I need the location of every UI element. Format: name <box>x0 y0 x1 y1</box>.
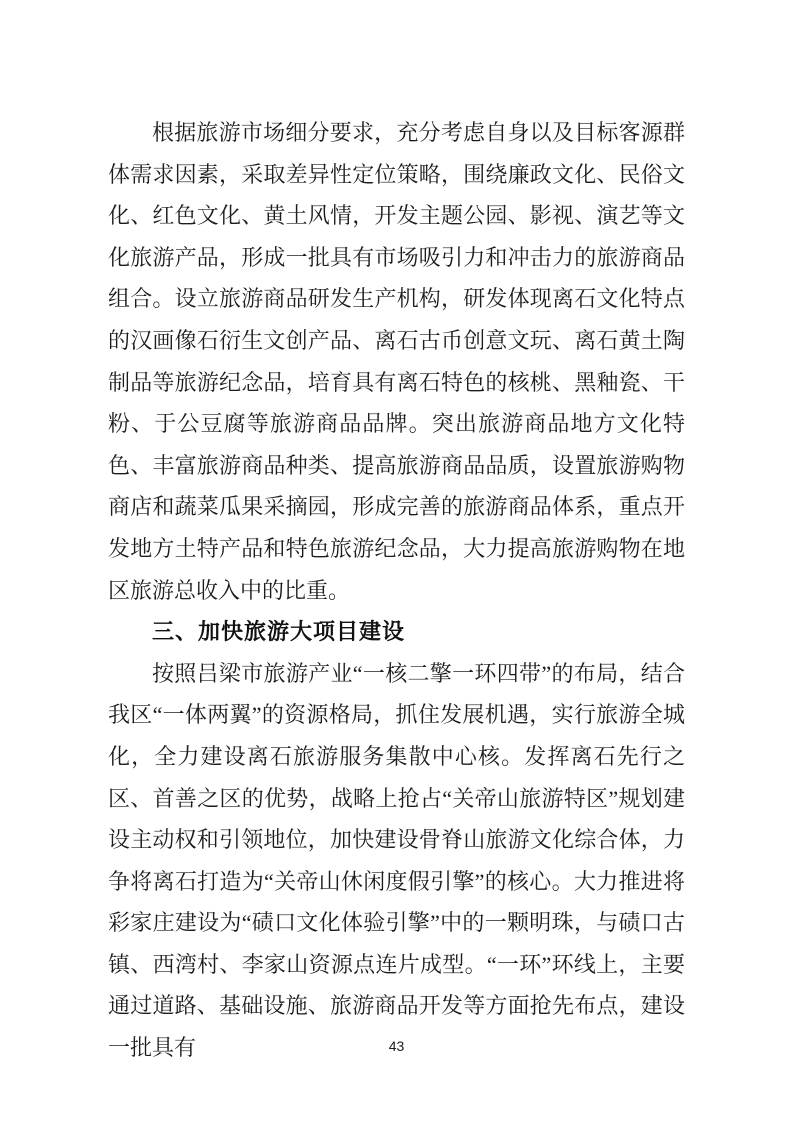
body-paragraph-2: 按照吕梁市旅游产业“一核二擎一环四带”的布局，结合我区“一体两翼”的资源格局，抓… <box>108 653 685 1069</box>
document-page: 根据旅游市场细分要求，充分考虑自身以及目标客源群体需求因素，采取差异性定位策略，… <box>0 0 793 1122</box>
section-heading: 三、加快旅游大项目建设 <box>108 611 685 653</box>
body-paragraph-1: 根据旅游市场细分要求，充分考虑自身以及目标客源群体需求因素，采取差异性定位策略，… <box>108 112 685 611</box>
document-body: 根据旅游市场细分要求，充分考虑自身以及目标客源群体需求因素，采取差异性定位策略，… <box>108 112 685 1069</box>
page-number: 43 <box>0 1036 793 1056</box>
